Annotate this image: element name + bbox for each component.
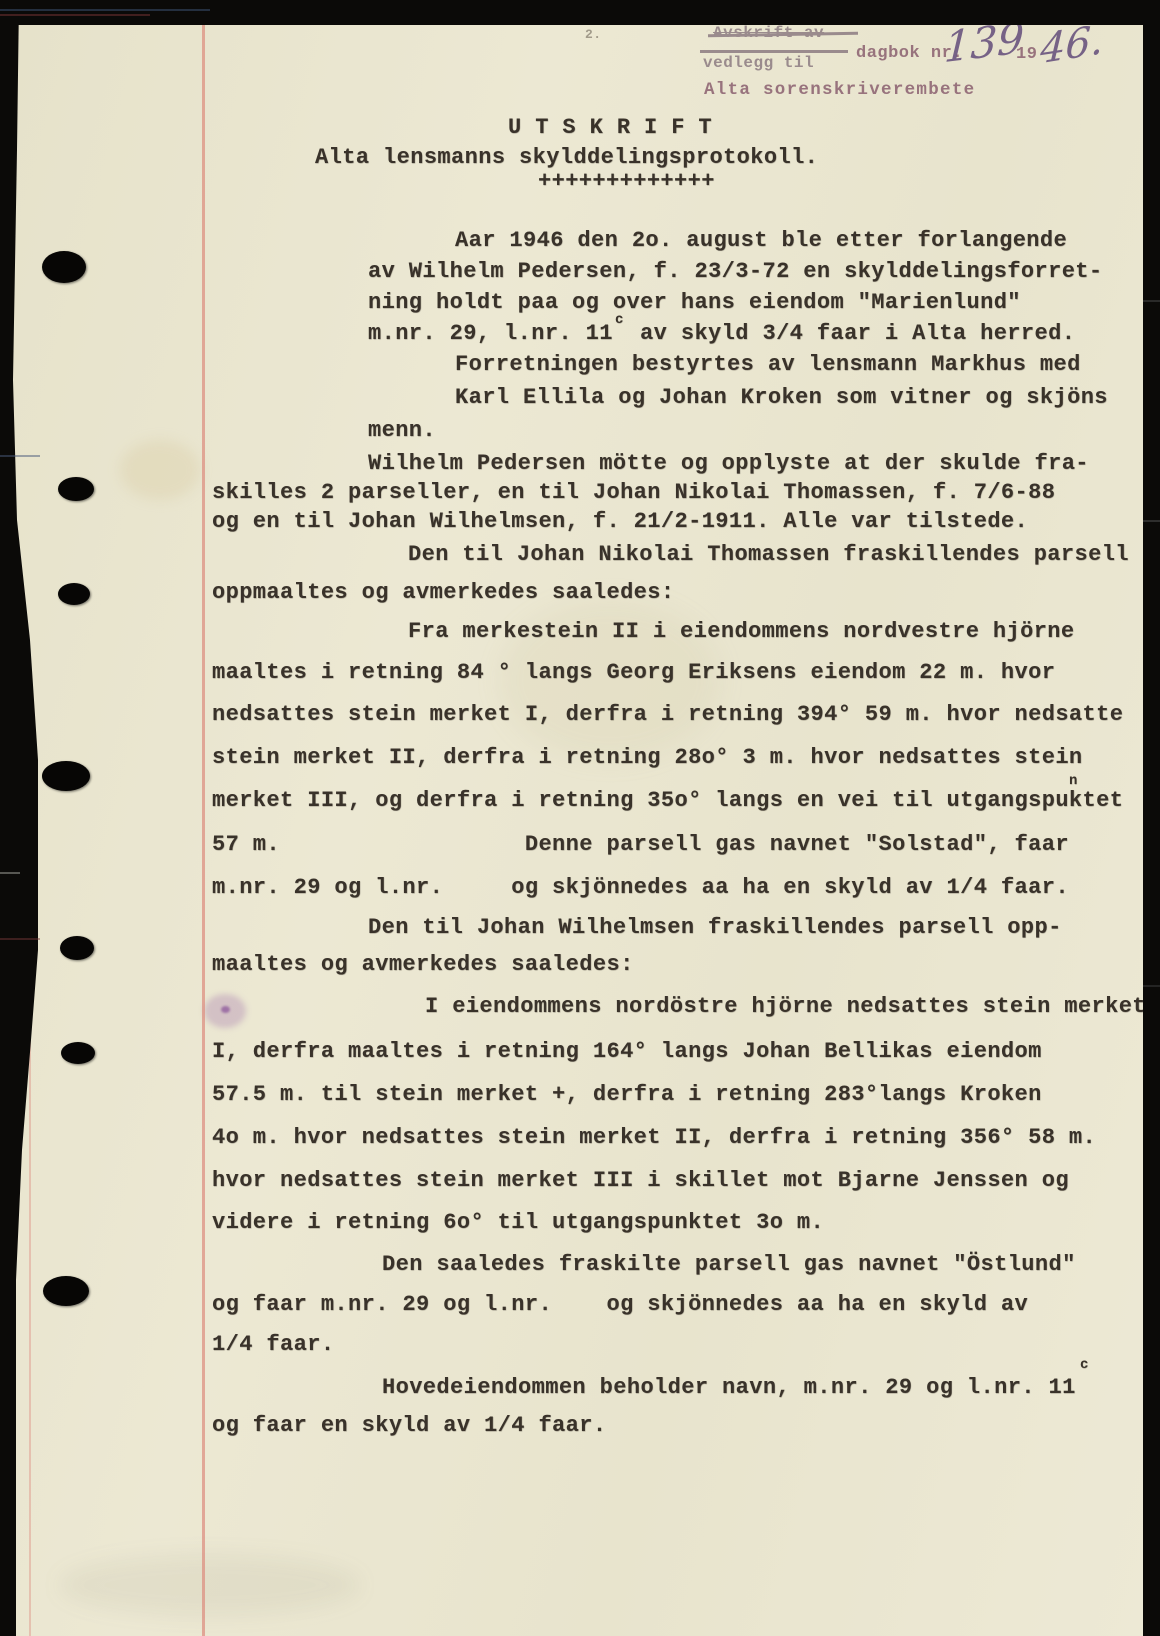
- text-line: og faar m.nr. 29 og l.nr. og skjönnedes …: [212, 1293, 1028, 1316]
- text-line: merket III, og derfra i retning 35o° lan…: [212, 789, 1123, 812]
- text-line: I, derfra maaltes i retning 164° langs J…: [212, 1040, 1042, 1063]
- strike-mark: [700, 50, 848, 53]
- punch-hole: [58, 477, 94, 501]
- text-line: 57 m. Denne parsell gas navnet "Solstad"…: [212, 833, 1069, 856]
- document-title: U T S K R I F T: [508, 116, 712, 139]
- red-margin-line: [202, 24, 205, 1636]
- text-line: m.nr. 29 og l.nr. og skjönnedes aa ha en…: [212, 876, 1069, 899]
- text-line: Forretningen bestyrtes av lensmann Markh…: [455, 353, 1081, 376]
- text-line: 4o m. hvor nedsattes stein merket II, de…: [212, 1126, 1096, 1149]
- text-line: I eiendommens nordöstre hjörne nedsattes…: [425, 995, 1146, 1018]
- text-line: av Wilhelm Pedersen, f. 23/3-72 en skyld…: [368, 260, 1103, 283]
- text-line: menn.: [368, 419, 436, 442]
- punch-hole: [61, 1042, 95, 1064]
- punch-hole: [42, 761, 90, 791]
- text-line: Karl Ellila og Johan Kroken som vitner o…: [455, 386, 1108, 409]
- text-line: Den til Johan Wilhelmsen fraskillendes p…: [368, 916, 1062, 939]
- text-line: stein merket II, derfra i retning 28o° 3…: [212, 746, 1083, 769]
- text-line: ning holdt paa og over hans eiendom "Mar…: [368, 291, 1021, 314]
- text-line: skilles 2 parseller, en til Johan Nikola…: [212, 481, 1055, 504]
- text-line: og faar en skyld av 1/4 faar.: [212, 1414, 606, 1437]
- text-line: hvor nedsattes stein merket III i skille…: [212, 1169, 1069, 1192]
- text-line: videre i retning 6o° til utgangspunktet …: [212, 1211, 824, 1234]
- text-line: Fra merkestein II i eiendommens nordvest…: [408, 620, 1075, 643]
- text-line: oppmaaltes og avmerkedes saaledes:: [212, 581, 674, 604]
- superscript-character: c: [615, 312, 623, 328]
- text-line: Den til Johan Nikolai Thomassen fraskill…: [408, 543, 1129, 566]
- year-typed-prefix: 19: [1016, 45, 1037, 64]
- text-line: Hovedeiendommen beholder navn, m.nr. 29 …: [382, 1376, 1076, 1399]
- office-stamp: Alta sorenskriverembete: [704, 80, 975, 100]
- text-line: Wilhelm Pedersen mötte og opplyste at de…: [368, 452, 1089, 475]
- text-line: Aar 1946 den 2o. august ble etter forlan…: [455, 229, 1067, 252]
- punch-hole: [43, 1276, 89, 1306]
- punch-hole: [58, 583, 90, 605]
- text-line: nedsattes stein merket I, derfra i retni…: [212, 703, 1123, 726]
- scan-edge-top: [0, 0, 1160, 25]
- text-line: Den saaledes fraskilte parsell gas navne…: [382, 1253, 1076, 1276]
- superscript-character: n: [1069, 773, 1077, 789]
- superscript-character: c: [1080, 1357, 1088, 1373]
- document-subtitle: Alta lensmanns skylddelingsprotokoll.: [315, 146, 818, 169]
- text-line: og en til Johan Wilhelmsen, f. 21/2-1911…: [212, 510, 1028, 533]
- text-line: m.nr. 29, l.nr. 11 av skyld 3/4 faar i A…: [368, 322, 1075, 345]
- title-divider: +++++++++++++: [538, 170, 715, 193]
- text-line: 1/4 faar.: [212, 1333, 334, 1356]
- scan-edge-right: [1143, 0, 1160, 1636]
- text-line: 57.5 m. til stein merket +, derfra i ret…: [212, 1083, 1042, 1106]
- text-line: maaltes i retning 84 ° langs Georg Eriks…: [212, 661, 1055, 684]
- punch-hole: [42, 251, 86, 283]
- punch-hole: [60, 936, 94, 960]
- vedlegg-til-label: vedlegg til: [703, 54, 814, 72]
- scanned-document-page: { "page": { "scan_background": "#0b0a08"…: [0, 0, 1160, 1636]
- page-mark: 2.: [585, 27, 602, 42]
- text-line: maaltes og avmerkedes saaledes:: [212, 953, 634, 976]
